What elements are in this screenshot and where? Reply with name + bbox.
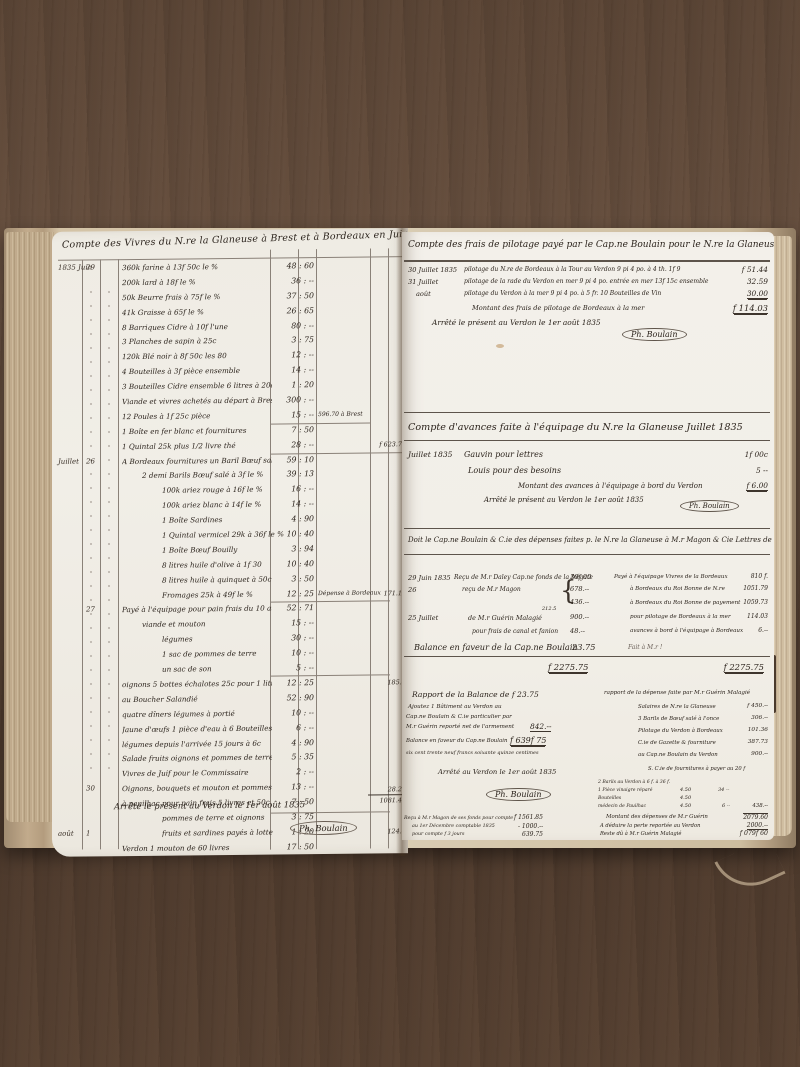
section-rule [404, 440, 770, 441]
debit-total: f 2275.75 [548, 662, 588, 673]
advances-total: f 6.00 [746, 481, 768, 491]
signature: Ph. Boulain [680, 500, 739, 512]
section-rule [404, 528, 770, 529]
balance-total: f 639f 75 [510, 736, 546, 746]
signature: Ph. Boulain [486, 788, 551, 801]
credit-total: f 2275.75 [724, 662, 764, 673]
paper-stain [496, 344, 504, 348]
signature: Ph. Boulain [622, 328, 687, 341]
pilotage-title: Compte des frais de pilotage payé par le… [408, 240, 774, 250]
left-page-title: Compte des Vivres du N.re la Glaneuse à … [62, 229, 402, 251]
page-edges-left [6, 232, 54, 822]
section-rule [404, 656, 770, 657]
final-balance: f 079f 60 [740, 830, 768, 837]
right-page: Compte des frais de pilotage payé par le… [402, 232, 774, 840]
pilotage-total: f 114.03 [733, 303, 768, 314]
section-rule [404, 554, 770, 555]
left-page: Compte des Vivres du N.re la Glaneuse à … [52, 228, 408, 857]
closing-statement: Arrêté le présent au Verdon le 1er août … [114, 799, 305, 811]
balance-amount: 23.75 [572, 642, 595, 652]
ledger-row: Verdon 1 mouton de 60 livres17 : 50 [52, 839, 408, 857]
section-rule [404, 412, 770, 413]
advances-title: Compte d'avances faite à l'équipage du N… [408, 422, 743, 433]
section-rule [404, 260, 770, 262]
account-title: Doit le Cap.ne Boulain & C.ie des dépens… [408, 536, 774, 544]
ledger-rows: 1835 Juin29360k farine à 13f 50c le %48 … [52, 258, 408, 857]
expenses-total: 2079.60 [743, 813, 768, 821]
